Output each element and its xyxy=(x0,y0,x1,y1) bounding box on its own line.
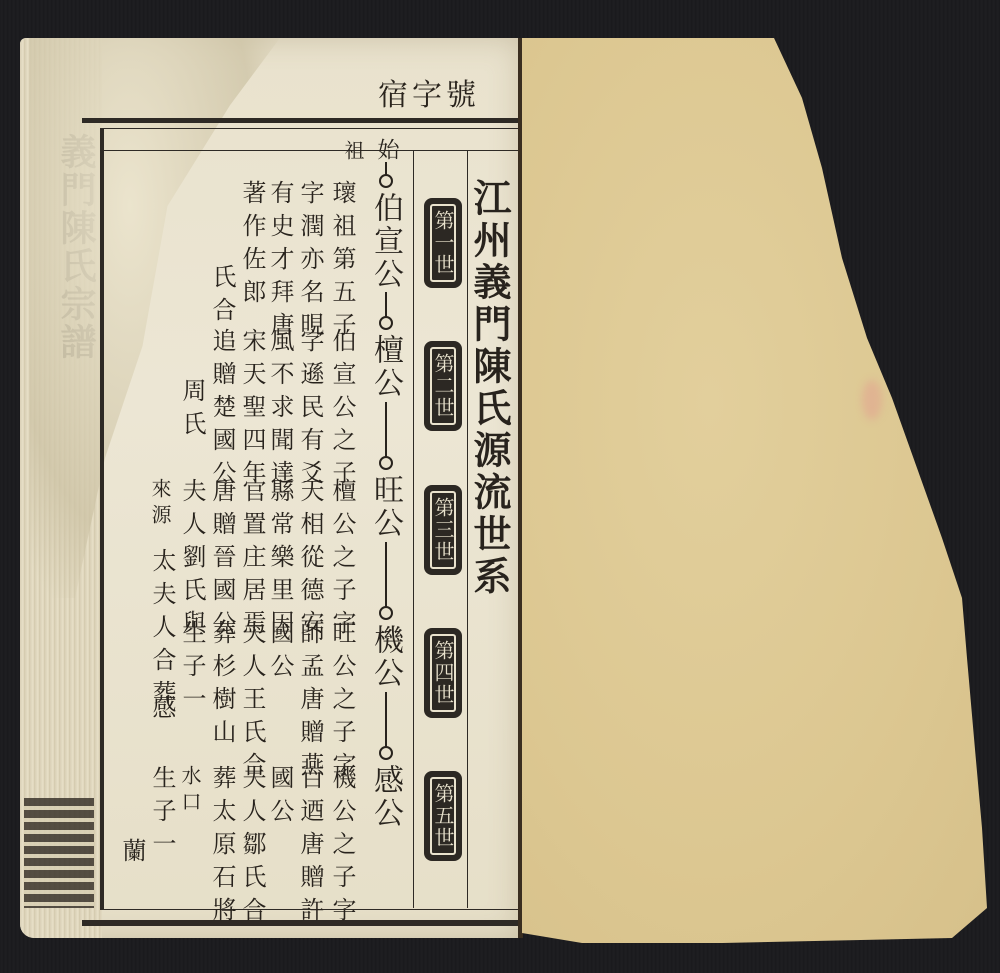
bio-col-3e: 國公 xyxy=(268,765,292,831)
bio-col-2d: 師孟唐贈燕 xyxy=(298,620,322,785)
generation-label-5: 第五世 xyxy=(426,773,460,859)
bio-col-7b: 太夫人合葬 xyxy=(150,548,174,713)
bio-col-2b: 字遜民有爻 xyxy=(298,328,322,493)
bio-col-5b: 追贈楚國公 xyxy=(210,328,234,493)
bio-col-1a: 瓌祖第五子 xyxy=(330,180,354,345)
stain xyxy=(862,380,882,420)
bio-col-5c: 唐贈晉國公 xyxy=(210,478,234,643)
book-spread: 義門陳氏宗譜 號字宿 江州義門陳氏源流世系 第一世 第二世 第三世 第四世 第五… xyxy=(0,0,1000,973)
bio-col-6c: 生子一 xyxy=(180,620,204,719)
bio-col-7d: 生子一 xyxy=(150,765,174,864)
bio-col-7c: 感 xyxy=(150,695,174,728)
bio-col-4e: 夫人鄒氏合 xyxy=(240,765,264,930)
bio-col-4a: 著作佐郎 xyxy=(240,180,264,312)
bio-col-3c: 縣常樂里因 xyxy=(268,478,292,643)
bio-col-7a: 來源 xyxy=(150,478,170,530)
tree-node-4 xyxy=(379,606,393,620)
ancestor-gen-5: 感公 xyxy=(370,764,400,830)
generation-label-2: 第二世 xyxy=(426,343,460,429)
ancestor-gen-3: 旺公 xyxy=(370,474,400,540)
bio-col-4b: 宋天聖四年 xyxy=(240,328,264,493)
tree-node-3 xyxy=(379,456,393,470)
tree-connector xyxy=(385,542,387,608)
tree-node-2 xyxy=(379,316,393,330)
section-heading-shi: 始 xyxy=(375,138,397,160)
tree-connector xyxy=(385,692,387,748)
generation-label-3: 第三世 xyxy=(426,487,460,573)
bio-col-1e: 機公之子字 xyxy=(330,765,354,930)
right-blank-page xyxy=(522,38,992,948)
bio-col-1d: 旺公之子字 xyxy=(330,620,354,785)
tree-connector xyxy=(385,292,387,318)
bio-col-5a: 氏合 xyxy=(210,264,234,330)
bio-col-4c: 官置庄居焉 xyxy=(240,478,264,643)
section-heading-zu: 祖 xyxy=(343,140,363,160)
bio-col-2c: 天相從德安 xyxy=(298,478,322,643)
bio-col-5e: 葬太原石將 xyxy=(210,765,234,930)
page-title: 江州義門陳氏源流世系 xyxy=(470,178,508,598)
ancestor-gen-4: 機公 xyxy=(370,624,400,690)
generation-column-rule xyxy=(413,150,414,908)
tree-node-1 xyxy=(379,174,393,188)
bio-col-3b: 風不求聞達 xyxy=(268,328,292,493)
bio-col-2a: 字潤亦名晛 xyxy=(298,180,322,345)
generation-label-1: 第一世 xyxy=(426,200,460,286)
bio-col-6d: 水口 xyxy=(180,765,200,817)
bio-col-3a: 有史才拜唐 xyxy=(268,180,292,345)
header-label: 號字宿 xyxy=(378,70,480,114)
bio-col-1b: 伯宣公之子 xyxy=(330,328,354,493)
bio-col-2e: 百迺唐贈許 xyxy=(298,765,322,930)
bio-col-6b: 夫人劉氏與 xyxy=(180,478,204,643)
header-rule xyxy=(100,150,518,151)
bio-col-3d: 國公 xyxy=(268,620,292,686)
ancestor-gen-1: 伯宣公 xyxy=(370,192,400,291)
bio-col-4d: 夫人王氏合 xyxy=(240,620,264,785)
bio-col-1c: 檀公之子字 xyxy=(330,478,354,643)
tree-connector xyxy=(385,402,387,458)
bio-col-7e: 蘭 xyxy=(120,838,144,871)
tree-node-5 xyxy=(379,746,393,760)
ancestor-gen-2: 檀公 xyxy=(370,334,400,400)
bio-col-5d: 葬杉樹山 xyxy=(210,620,234,752)
bio-col-6a: 周氏 xyxy=(180,378,204,444)
generation-label-4: 第四世 xyxy=(426,630,460,716)
